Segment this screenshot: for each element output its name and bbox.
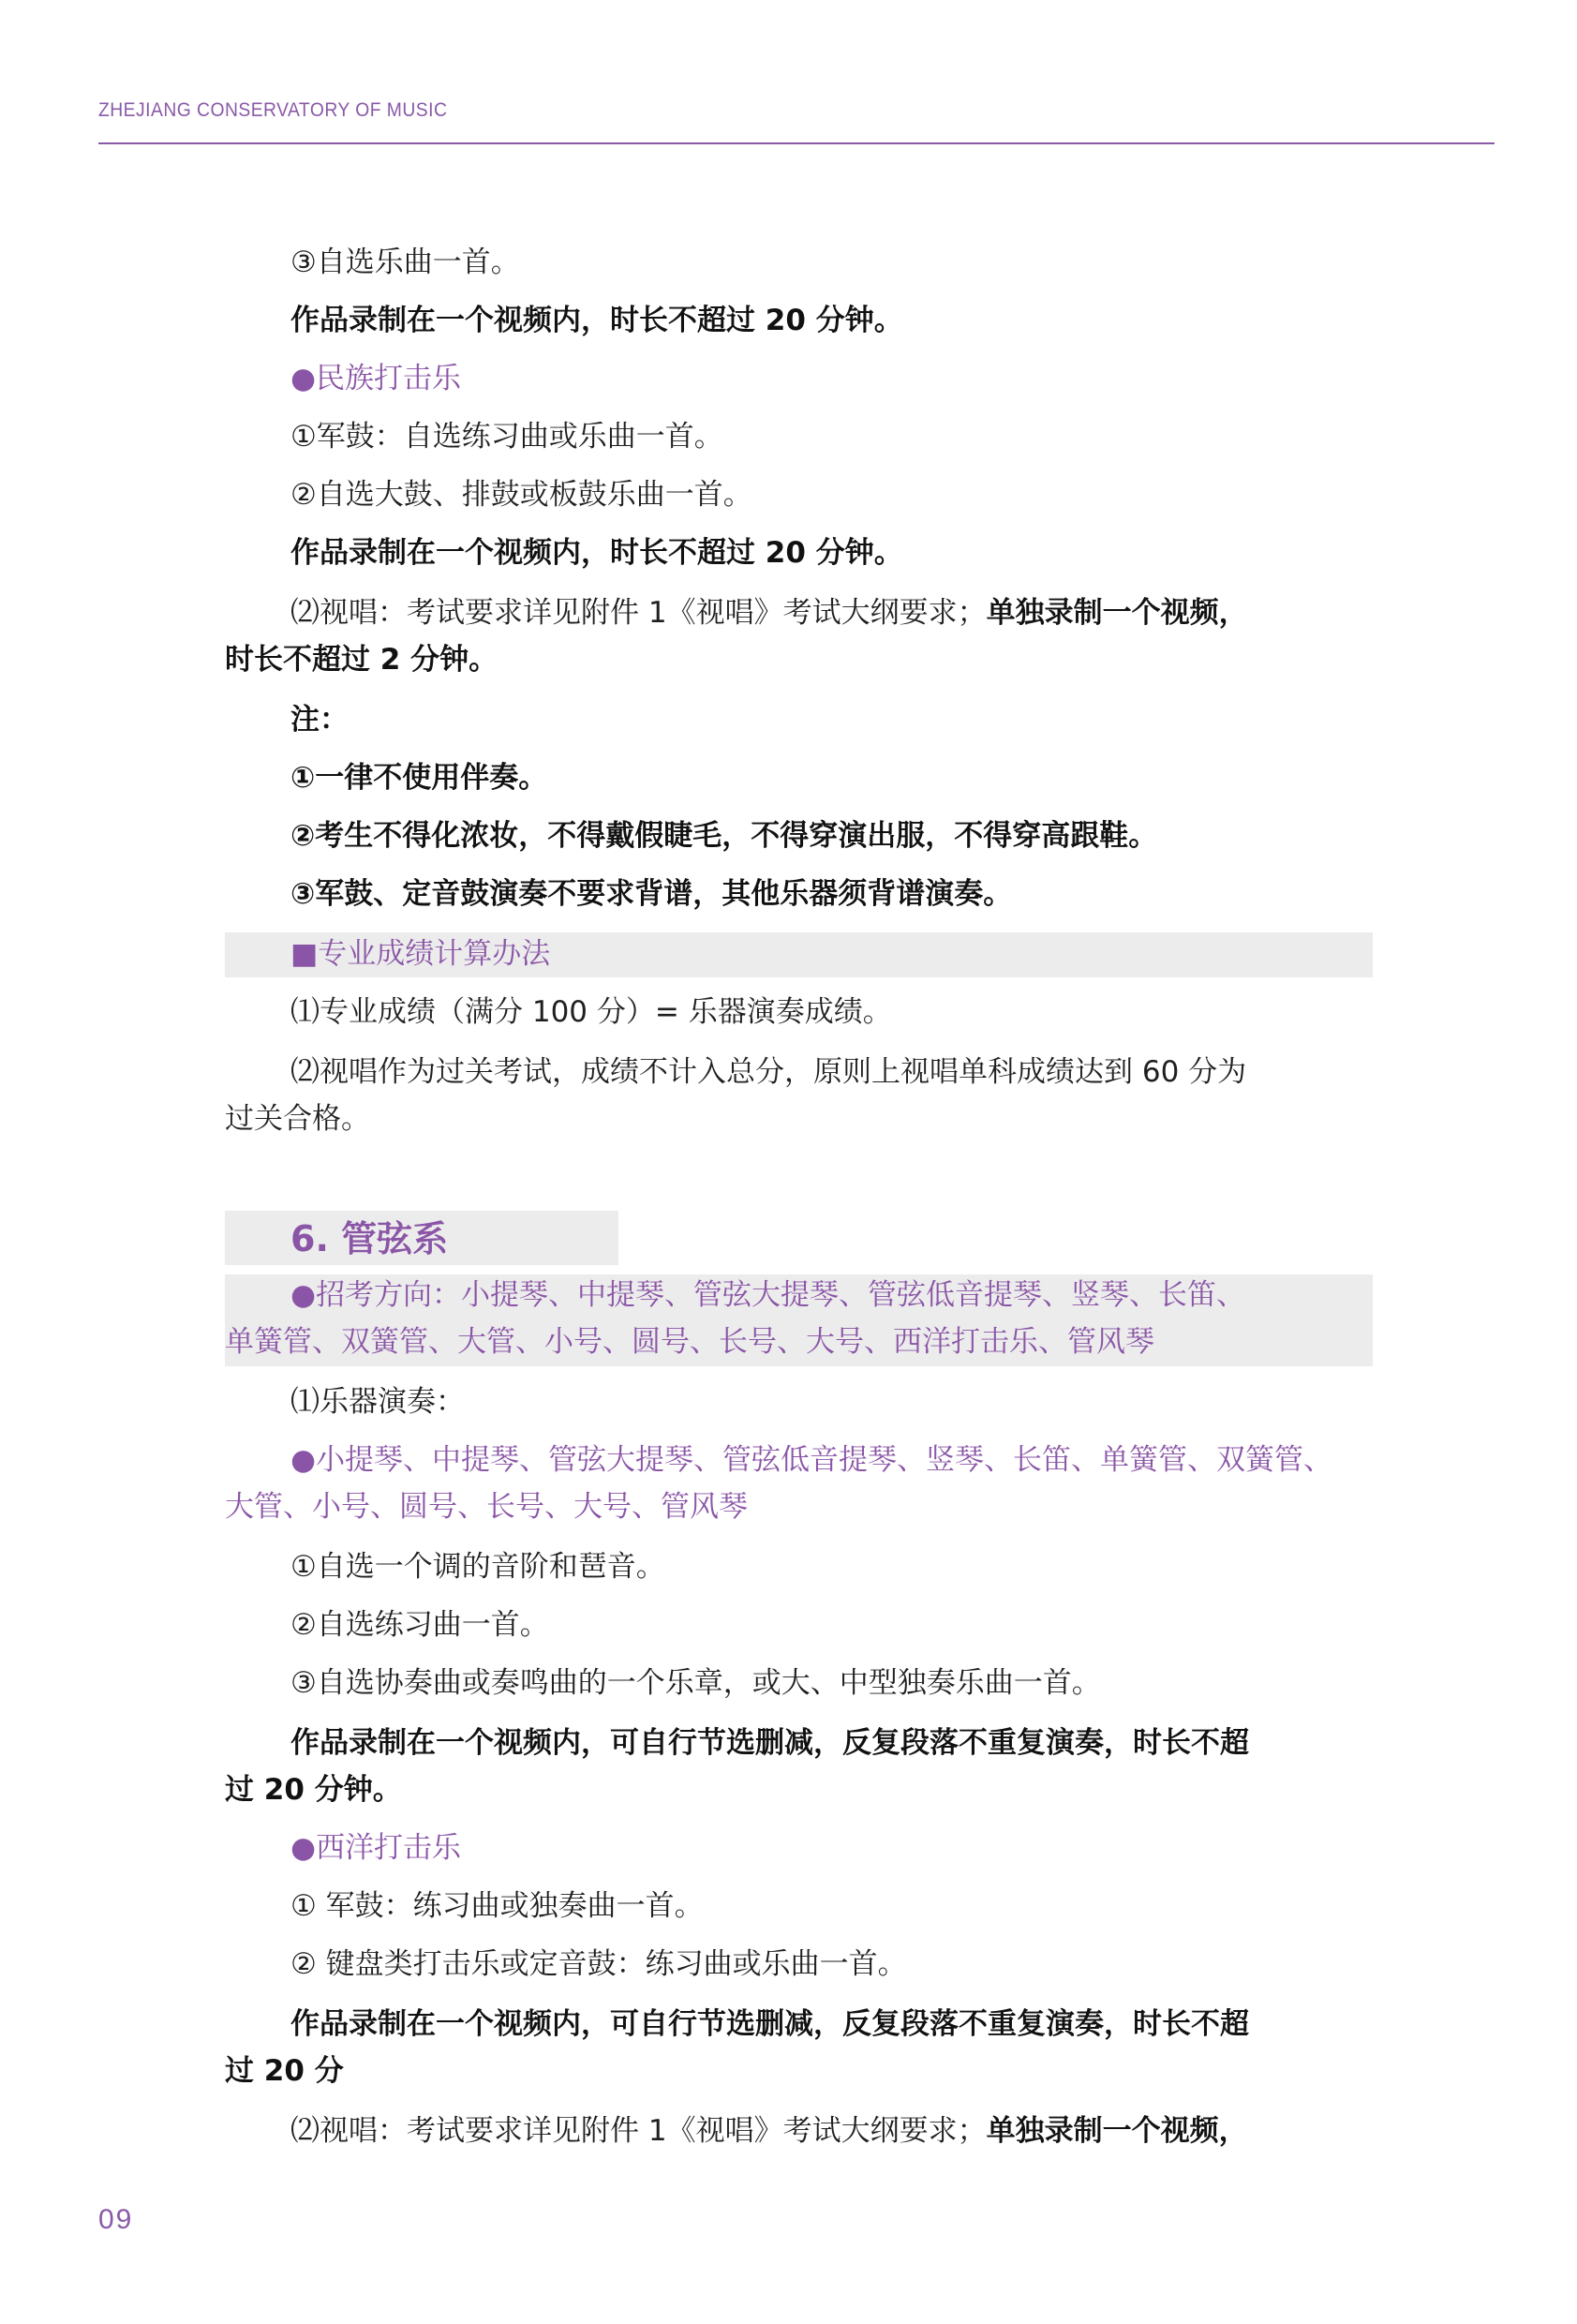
directions-line: 单簧管、双簧管、大管、小号、圆号、长号、大号、西洋打击乐、管风琴 xyxy=(225,1323,1154,1361)
text-line: 过关合格。 xyxy=(225,1100,370,1138)
instrument-list: ●小提琴、中提琴、管弦大提琴、管弦低音提琴、竖琴、长笛、单簧管、双簧管、 xyxy=(290,1441,1332,1479)
text-line: 作品录制在一个视频内，时长不超过 20 分钟。 xyxy=(290,534,903,572)
directions-line: ●招考方向：小提琴、中提琴、管弦大提琴、管弦低音提琴、竖琴、长笛、 xyxy=(290,1276,1245,1314)
note-item: ②考生不得化浓妆，不得戴假睫毛，不得穿演出服，不得穿高跟鞋。 xyxy=(290,817,1157,855)
section-title-6: 6. 管弦系 xyxy=(290,1216,448,1261)
text-line: ⑴专业成绩（满分 100 分）= 乐器演奏成绩。 xyxy=(290,993,892,1031)
text-line: ③自选协奏曲或奏鸣曲的一个乐章，或大、中型独奏乐曲一首。 xyxy=(290,1664,1101,1702)
subheading-western-percussion: ●西洋打击乐 xyxy=(290,1829,461,1867)
text-line: 作品录制在一个视频内，可自行节选删减，反复段落不重复演奏，时长不超 xyxy=(290,2005,1249,2043)
text-line: 作品录制在一个视频内，可自行节选删减，反复段落不重复演奏，时长不超 xyxy=(290,1724,1249,1762)
text-line: ⑵视唱：考试要求详见附件 1《视唱》考试大纲要求；单独录制一个视频， xyxy=(290,2112,1248,2150)
bullet-icon: ● xyxy=(290,1831,316,1865)
note-item: ③军鼓、定音鼓演奏不要求背谱，其他乐器须背谱演奏。 xyxy=(290,875,1012,913)
instrument-list: 大管、小号、圆号、长号、大号、管风琴 xyxy=(225,1488,748,1526)
text-line: ②自选大鼓、排鼓或板鼓乐曲一首。 xyxy=(290,476,752,514)
text-line: ③自选乐曲一首。 xyxy=(290,244,520,281)
text-line: ①自选一个调的音阶和琶音。 xyxy=(290,1548,665,1586)
page-number: 09 xyxy=(98,2204,133,2236)
text-line: 作品录制在一个视频内，时长不超过 20 分钟。 xyxy=(290,302,903,339)
subheading-folk-percussion: ●民族打击乐 xyxy=(290,360,461,397)
note-label: 注： xyxy=(290,701,349,738)
text-line: ⑵视唱作为过关考试，成绩不计入总分，原则上视唱单科成绩达到 60 分为 xyxy=(290,1053,1246,1091)
square-bullet-icon: ■ xyxy=(290,937,318,971)
text-line: ② 键盘类打击乐或定音鼓：练习曲或乐曲一首。 xyxy=(290,1945,907,1983)
bullet-icon: ● xyxy=(290,1443,316,1477)
note-item: ①一律不使用伴奏。 xyxy=(290,759,547,797)
header-title: ZHEJIANG CONSERVATORY OF MUSIC xyxy=(98,99,447,122)
text-line: ⑵视唱：考试要求详见附件 1《视唱》考试大纲要求；单独录制一个视频， xyxy=(290,594,1248,632)
text-line: ① 军鼓：练习曲或独奏曲一首。 xyxy=(290,1887,704,1925)
header-divider xyxy=(98,142,1495,144)
text-line: 过 20 分 xyxy=(225,2052,344,2090)
text-line: ②自选练习曲一首。 xyxy=(290,1606,549,1644)
text-line: ⑴乐器演奏： xyxy=(290,1383,465,1421)
bullet-icon: ● xyxy=(290,362,316,395)
text-line: 时长不超过 2 分钟。 xyxy=(225,641,498,678)
subheading-score-method: ■专业成绩计算办法 xyxy=(290,935,550,973)
text-line: 过 20 分钟。 xyxy=(225,1771,402,1809)
text-line: ①军鼓：自选练习曲或乐曲一首。 xyxy=(290,418,723,455)
bullet-icon: ● xyxy=(290,1278,316,1312)
